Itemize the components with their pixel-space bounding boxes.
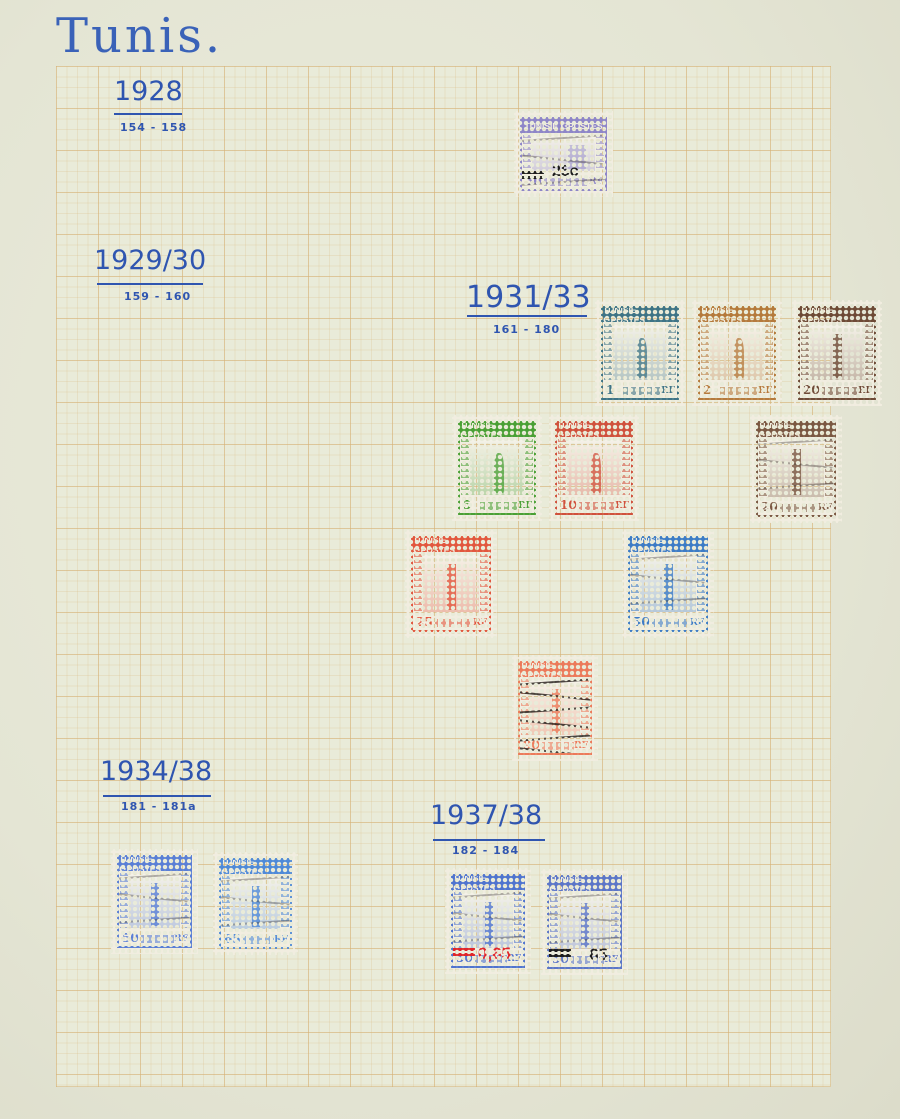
stamp-1931-33-2: TUNISIE ☪POSTES2 RF	[692, 300, 782, 406]
stamp-border-ornament	[596, 135, 604, 171]
stamp-header: TUNISIE ☪POSTES	[603, 308, 677, 322]
stamp-1931-33-50: TUNISIE ☪POSTES50 RF	[622, 530, 714, 638]
stamp-border-ornament	[525, 439, 533, 495]
stamp-frame: TUNISIE ☪POSTES20 RF	[756, 421, 836, 517]
stamp-footer-ornament	[650, 619, 690, 627]
stamp-mosque-motif	[792, 449, 801, 495]
year-underline	[97, 283, 203, 285]
stamp-rf-monogram: RF	[758, 386, 772, 396]
stamp-frame: TUNISIE ☪POSTES50RF65	[547, 875, 622, 969]
catalogue-range-1934-38: 181 - 181a	[121, 800, 197, 813]
stamp-header: TUNISIE ☪POSTES	[758, 423, 834, 437]
stamp-header: TUNISIE ☪POSTES	[700, 308, 774, 322]
catalogue-range-1931-33: 161 - 180	[493, 323, 560, 336]
stamp-frame: TUNISIE ☪POSTES50RF0,65	[451, 874, 525, 968]
stamp-header-text: TUNISIE ☪POSTES	[460, 421, 534, 441]
stamp-header: TUNISIE ☪POSTES	[413, 538, 489, 552]
surcharge-obliteration-bars	[522, 171, 544, 181]
year-label-1928: 1928	[114, 76, 183, 107]
year-label-1937-38: 1937/38	[430, 800, 542, 831]
stamp-header-text: TUNISIE ☪POSTES	[525, 121, 603, 132]
year-label-1934-38: 1934/38	[100, 756, 212, 787]
stamp-rf-monogram: RF	[274, 935, 288, 945]
stamp-denomination: 65	[222, 932, 243, 946]
stamp-surcharge: 65	[589, 945, 608, 965]
stamp-header-text: TUNISIE ☪POSTES	[453, 874, 523, 894]
stamp-1931-33-90: TUNISIE ☪POSTES90 RF	[512, 655, 598, 761]
stamp-footer-ornament	[540, 742, 574, 750]
stamp-header: TUNISIE ☪POSTES	[549, 877, 620, 891]
stamp-rf-monogram: RF	[615, 501, 629, 511]
stamp-water-carrier-motif	[494, 453, 504, 493]
year-underline	[467, 315, 587, 317]
stamp-rf-monogram: RF	[574, 741, 588, 751]
stamp-border-ornament	[865, 324, 873, 380]
stamp-1934-38-50: TUNISIE ☪POSTES50 RF	[111, 849, 198, 954]
stamp-mosque-motif	[833, 334, 842, 378]
surcharge-obliteration-bars	[453, 948, 475, 958]
stamp-water-carrier-motif	[637, 338, 647, 378]
stamp-header: TUNISIE ☪POSTES	[630, 538, 706, 552]
stamp-1931-33-25: TUNISIE ☪POSTES25 RF	[405, 530, 497, 638]
stamp-footer-ornament	[241, 936, 274, 944]
stamp-header: TUNISIE ☪POSTES	[520, 663, 590, 677]
stamp-frame: TUNISIE ☪POSTES65 RF	[219, 858, 292, 949]
stamp-1931-33-1: TUNISIE ☪POSTES1 RF	[595, 300, 685, 406]
stamp-frame: TUNISIE ☪POSTES10 RF	[555, 421, 633, 515]
stamp-header-text: TUNISIE ☪POSTES	[221, 858, 290, 878]
stamp-frame: TUNISIE ☪POSTES1 RF	[601, 306, 679, 400]
stamp-denomination: 2	[701, 383, 713, 397]
stamp-footer-ornament	[820, 387, 858, 395]
stamp-1928-30-surcharged: TUNISIE ☪POSTES30RF25c	[514, 111, 613, 197]
stamp-header-text: TUNISIE ☪POSTES	[758, 421, 834, 441]
stamp-header-text: TUNISIE ☪POSTES	[520, 661, 590, 681]
stamp-header: TUNISIE ☪POSTES	[460, 423, 534, 437]
stamp-header-text: TUNISIE ☪POSTES	[700, 306, 774, 326]
stamp-border-ornament	[521, 679, 529, 735]
stamp-header: TUNISIE ☪POSTES	[800, 308, 874, 322]
stamp-frame: TUNISIE ☪POSTES90 RF	[518, 661, 592, 755]
stamp-header-text: TUNISIE ☪POSTES	[800, 306, 874, 326]
stamp-frame: TUNISIE ☪POSTES50 RF	[117, 855, 192, 948]
surcharge-obliteration-bars	[549, 949, 571, 959]
stamp-rf-monogram: RF	[690, 618, 704, 628]
stamp-footer-ornament	[433, 619, 473, 627]
stamp-footer-ornament	[480, 502, 518, 510]
stamp-denomination: 20	[759, 500, 780, 514]
stamp-header: TUNISIE ☪POSTES	[522, 119, 605, 133]
stamp-border-ornament	[668, 324, 676, 380]
stamp-surcharge: 0,65	[478, 944, 511, 964]
stamp-header-text: TUNISIE ☪POSTES	[413, 536, 489, 556]
stamp-denomination: 25	[414, 615, 435, 629]
stamp-rf-monogram: RF	[473, 618, 487, 628]
stamp-border-ornament	[622, 439, 630, 495]
stamp-rf-monogram: RF	[518, 501, 532, 511]
stamp-rf-monogram: RF	[818, 503, 832, 513]
stamp-frame: TUNISIE ☪POSTES5 RF	[458, 421, 536, 515]
stamp-1931-33-20: TUNISIE ☪POSTES20 RF	[750, 415, 842, 523]
stamp-header: TUNISIE ☪POSTES	[557, 423, 631, 437]
country-heading: Tunis.	[56, 8, 223, 64]
stamp-frame: TUNISIE ☪POSTES30RF25c	[520, 117, 607, 191]
stamp-border-ornament	[765, 324, 773, 380]
stamp-border-ornament	[120, 873, 128, 928]
catalogue-range-1929-30: 159 - 160	[124, 290, 191, 303]
catalogue-range-1928: 154 - 158	[120, 121, 187, 134]
stamp-frame: TUNISIE ☪POSTES25 RF	[411, 536, 491, 632]
stamp-1931-33-5: TUNISIE ☪POSTES5 RF	[452, 415, 542, 521]
stamp-header-text: TUNISIE ☪POSTES	[557, 421, 631, 441]
year-label-1929-30: 1929/30	[94, 245, 206, 276]
stamp-border-ornament	[701, 324, 709, 380]
stamp-1931-33-10: TUNISIE ☪POSTES10 RF	[549, 415, 639, 521]
stamp-header-text: TUNISIE ☪POSTES	[603, 306, 677, 326]
stamp-footer-ornament	[720, 387, 758, 395]
stamp-header-text: TUNISIE ☪POSTES	[549, 875, 620, 895]
stamp-border-ornament	[222, 876, 230, 929]
catalogue-range-1937-38: 182 - 184	[452, 844, 519, 857]
stamp-rf-monogram: RF	[858, 386, 872, 396]
stamp-water-carrier-motif	[591, 453, 601, 493]
stamp-header: TUNISIE ☪POSTES	[119, 857, 190, 871]
stamp-1931-33-20: TUNISIE ☪POSTES20 RF	[792, 300, 882, 406]
stamp-frame: TUNISIE ☪POSTES50 RF	[628, 536, 708, 632]
stamp-header: TUNISIE ☪POSTES	[221, 860, 290, 874]
stamp-rf-monogram: RF	[661, 386, 675, 396]
stamp-street-motif	[664, 564, 673, 610]
stamp-border-ornament	[414, 554, 422, 612]
stamp-1937-38-50-surcharged: TUNISIE ☪POSTES50RF0,65	[445, 868, 531, 974]
stamp-mosque-motif	[447, 564, 456, 610]
stamp-denomination: 50	[120, 931, 141, 945]
stamp-border-ornament	[604, 324, 612, 380]
stamp-footer-ornament	[577, 502, 615, 510]
stamp-denomination: 20	[801, 383, 822, 397]
stamp-border-ornament	[558, 439, 566, 495]
stamp-footer-ornament	[139, 935, 174, 943]
year-underline	[103, 795, 211, 797]
stamp-frame: TUNISIE ☪POSTES2 RF	[698, 306, 776, 400]
stamp-denomination: 10	[558, 498, 579, 512]
stamp-denomination: 1	[604, 383, 616, 397]
stamp-denomination: 5	[461, 498, 473, 512]
stamp-1934-38-65: TUNISIE ☪POSTES65 RF	[213, 852, 298, 955]
year-underline	[114, 113, 182, 115]
stamp-border-ornament	[801, 324, 809, 380]
album-page: Tunis. 1928 154 - 158 1929/30 159 - 160 …	[0, 0, 900, 1119]
year-underline	[433, 839, 545, 841]
stamp-header: TUNISIE ☪POSTES	[453, 876, 523, 890]
stamp-1937-38-50-surcharged: TUNISIE ☪POSTES50RF65	[541, 869, 628, 975]
stamp-footer-ornament	[623, 387, 661, 395]
stamp-rf-monogram: RF	[174, 934, 188, 944]
stamp-footer-ornament	[778, 504, 818, 512]
stamp-header-text: TUNISIE ☪POSTES	[119, 855, 190, 875]
stamp-water-carrier-motif	[734, 338, 744, 378]
stamp-border-ornament	[461, 439, 469, 495]
stamp-surcharge: 25c	[552, 163, 579, 181]
stamp-header-text: TUNISIE ☪POSTES	[630, 536, 706, 556]
year-label-1931-33: 1931/33	[466, 280, 591, 315]
stamp-frame: TUNISIE ☪POSTES20 RF	[798, 306, 876, 400]
stamp-border-ornament	[480, 554, 488, 612]
stamp-denomination: 50	[631, 615, 652, 629]
